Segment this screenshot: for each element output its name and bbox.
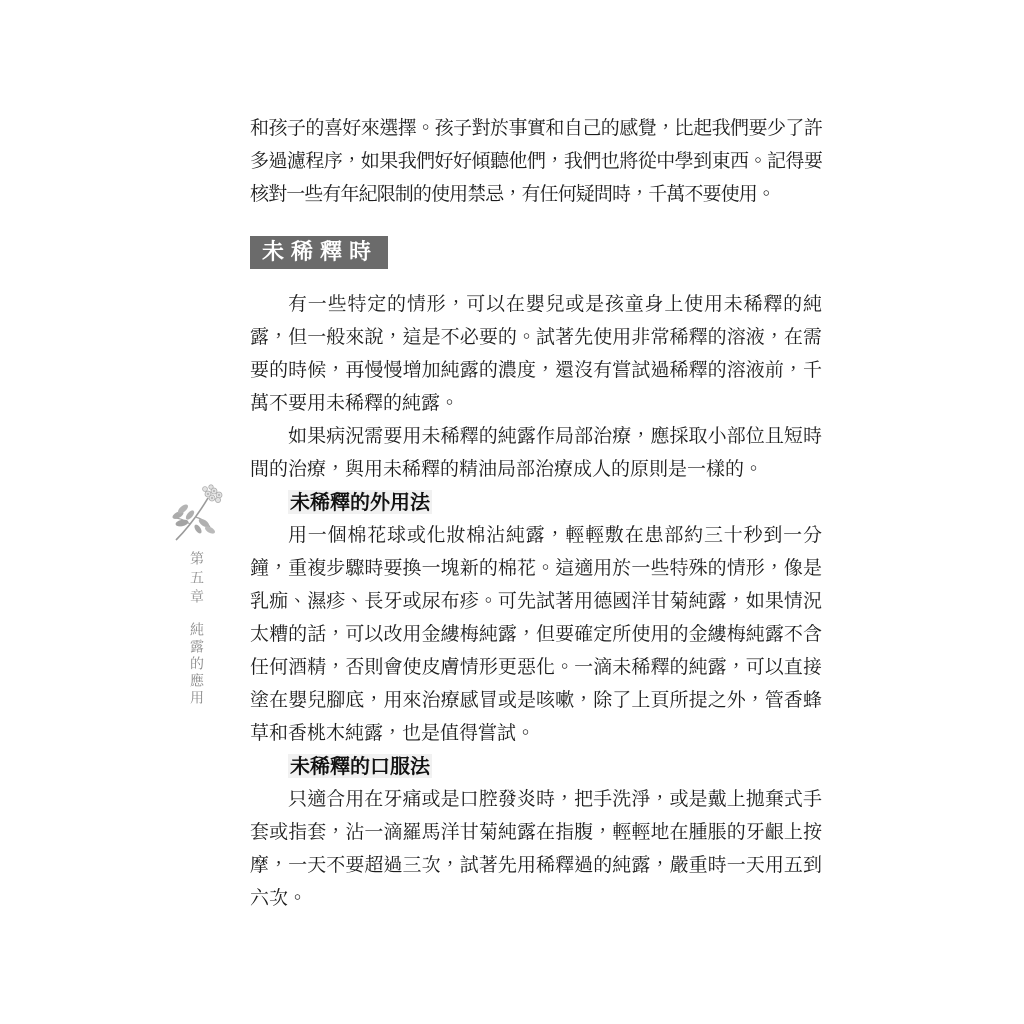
paragraph-local-treatment: 如果病況需要用未稀釋的純露作局部治療，應採取小部位且短時間的治療，與用未稀釋的精… [250, 420, 822, 486]
book-page: 第五章 純露的應用 和孩子的喜好來選擇。孩子對於事實和自己的感覺，比起我們要少了… [0, 0, 1024, 1024]
paragraph-oral: 只適合用在牙痛或是口腔發炎時，把手洗淨，或是戴上拋棄式手套或指套，沾一滴羅馬洋甘… [250, 783, 822, 915]
chapter-title: 純露的應用 [186, 622, 206, 707]
subheading-topical-label: 未稀釋的外用法 [288, 490, 432, 514]
subheading-topical: 未稀釋的外用法 [250, 486, 822, 519]
paragraph-intro: 有一些特定的情形，可以在嬰兒或是孩童身上使用未稀釋的純露，但一般來說，這是不必要… [250, 288, 822, 420]
page-content: 和孩子的喜好來選擇。孩子對於事實和自己的感覺，比起我們要少了許多過濾程序，如果我… [250, 112, 822, 915]
paragraph-topical: 用一個棉花球或化妝棉沾純露，輕輕敷在患部約三十秒到一分鐘，重複步驟時要換一塊新的… [250, 519, 822, 750]
subheading-oral-label: 未稀釋的口服法 [288, 754, 432, 778]
chapter-sidebar: 第五章 純露的應用 [166, 482, 226, 707]
chapter-number: 第五章 [186, 551, 206, 608]
paragraph-continuation: 和孩子的喜好來選擇。孩子對於事實和自己的感覺，比起我們要少了許多過濾程序，如果我… [250, 112, 822, 211]
section-header-box: 未稀釋時 [250, 236, 388, 269]
flower-sprig-icon [168, 482, 224, 544]
subheading-oral: 未稀釋的口服法 [250, 750, 822, 783]
